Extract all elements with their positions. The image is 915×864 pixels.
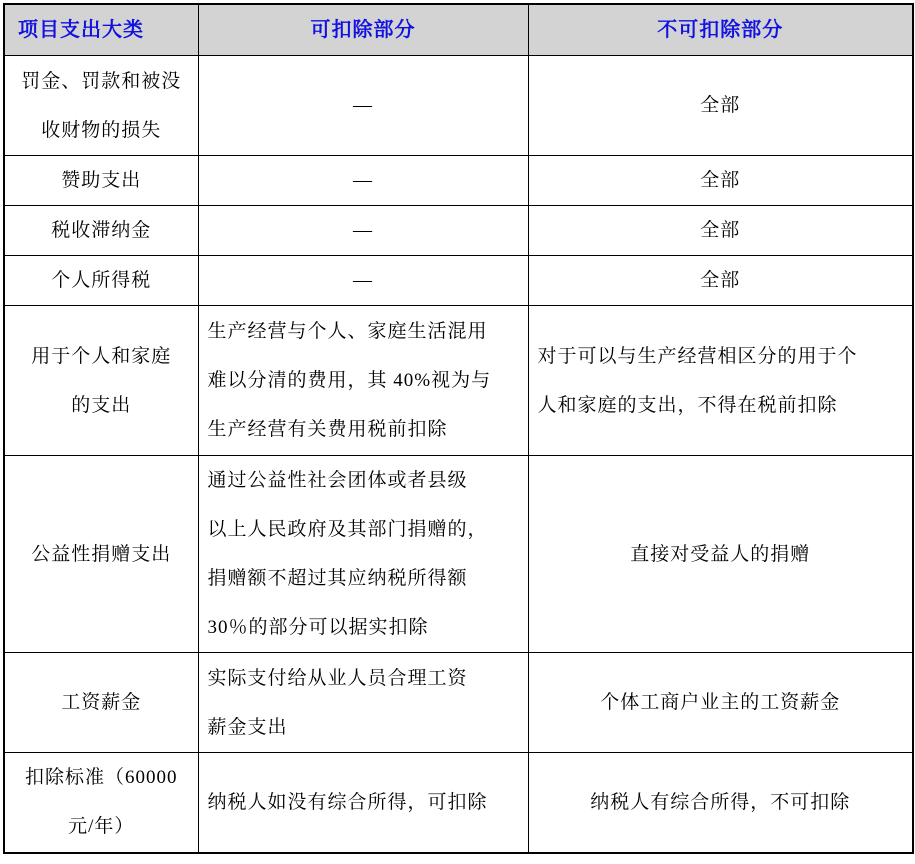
deductible-cell: — xyxy=(198,206,528,256)
table-row: 税收滞纳金 — 全部 xyxy=(4,206,913,256)
deductible-cell: 纳税人如没有综合所得，可扣除 xyxy=(198,753,528,853)
table-row: 扣除标准（60000 元/年） 纳税人如没有综合所得，可扣除 纳税人有综合所得，… xyxy=(4,753,913,853)
deductible-cell: — xyxy=(198,256,528,306)
table-header-row: 项目支出大类 可扣除部分 不可扣除部分 xyxy=(4,4,913,56)
category-cell: 工资薪金 xyxy=(4,653,198,753)
header-non-deductible: 不可扣除部分 xyxy=(528,4,913,56)
category-cell: 扣除标准（60000 元/年） xyxy=(4,753,198,853)
non-deductible-cell: 全部 xyxy=(528,256,913,306)
category-cell: 公益性捐赠支出 xyxy=(4,456,198,653)
category-cell: 税收滞纳金 xyxy=(4,206,198,256)
non-deductible-cell: 对于可以与生产经营相区分的用于个 人和家庭的支出，不得在税前扣除 xyxy=(528,306,913,456)
table-row: 公益性捐赠支出 通过公益性社会团体或者县级 以上人民政府及其部门捐赠的， 捐赠额… xyxy=(4,456,913,653)
category-cell: 罚金、罚款和被没 收财物的损失 xyxy=(4,56,198,156)
tax-deduction-table: 项目支出大类 可扣除部分 不可扣除部分 罚金、罚款和被没 收财物的损失 — 全部… xyxy=(3,3,914,854)
non-deductible-cell: 全部 xyxy=(528,206,913,256)
category-cell: 用于个人和家庭 的支出 xyxy=(4,306,198,456)
deductible-cell: 生产经营与个人、家庭生活混用 难以分清的费用，其 40%视为与 生产经营有关费用… xyxy=(198,306,528,456)
deductible-cell: 通过公益性社会团体或者县级 以上人民政府及其部门捐赠的， 捐赠额不超过其应纳税所… xyxy=(198,456,528,653)
header-deductible: 可扣除部分 xyxy=(198,4,528,56)
table-row: 工资薪金 实际支付给从业人员合理工资 薪金支出 个体工商户业主的工资薪金 xyxy=(4,653,913,753)
non-deductible-cell: 全部 xyxy=(528,56,913,156)
deductible-cell: — xyxy=(198,56,528,156)
non-deductible-cell: 纳税人有综合所得，不可扣除 xyxy=(528,753,913,853)
table-row: 用于个人和家庭 的支出 生产经营与个人、家庭生活混用 难以分清的费用，其 40%… xyxy=(4,306,913,456)
non-deductible-cell: 直接对受益人的捐赠 xyxy=(528,456,913,653)
deductible-cell: — xyxy=(198,156,528,206)
non-deductible-cell: 个体工商户业主的工资薪金 xyxy=(528,653,913,753)
category-cell: 赞助支出 xyxy=(4,156,198,206)
non-deductible-cell: 全部 xyxy=(528,156,913,206)
table-row: 罚金、罚款和被没 收财物的损失 — 全部 xyxy=(4,56,913,156)
header-category: 项目支出大类 xyxy=(4,4,198,56)
category-cell: 个人所得税 xyxy=(4,256,198,306)
table-row: 个人所得税 — 全部 xyxy=(4,256,913,306)
deductible-cell: 实际支付给从业人员合理工资 薪金支出 xyxy=(198,653,528,753)
table-row: 赞助支出 — 全部 xyxy=(4,156,913,206)
